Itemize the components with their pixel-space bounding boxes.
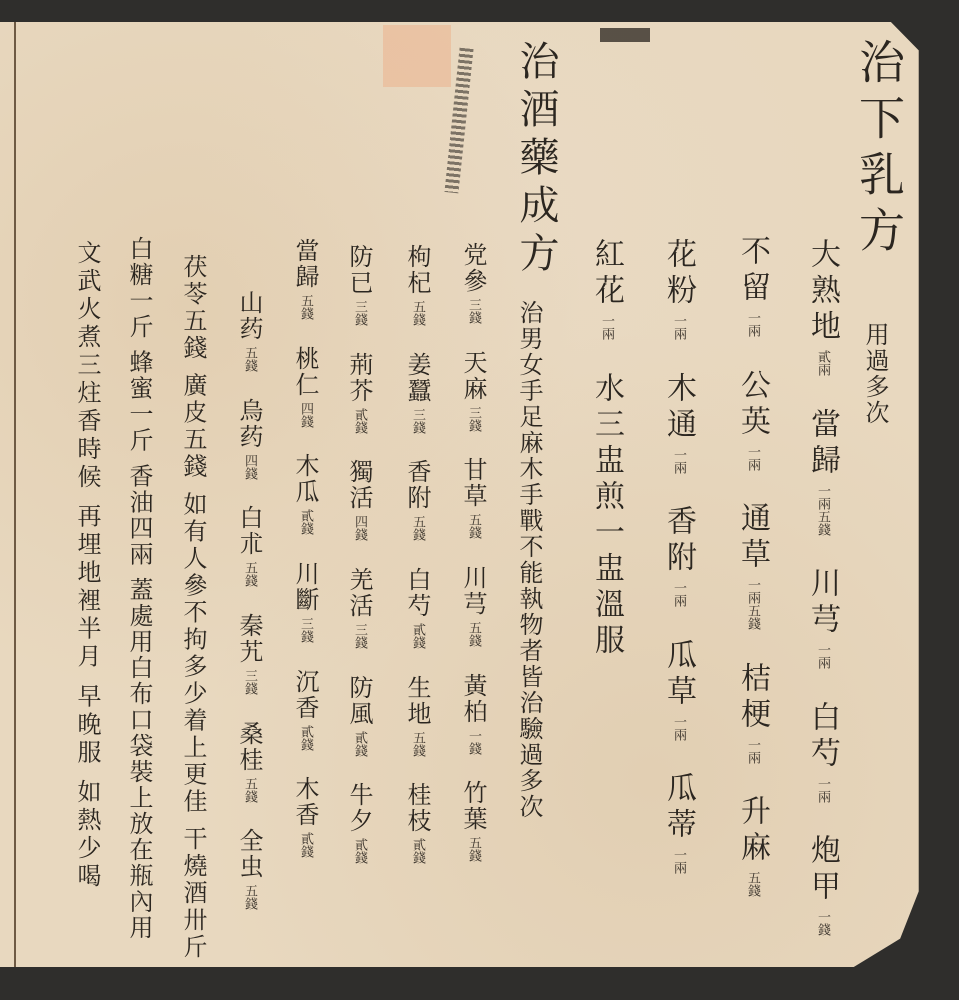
herb-item: 木通一兩 <box>656 372 700 478</box>
recipe1-column-3: 花粉一兩 木通一兩 香附一兩 瓜草一兩 瓜蒂一兩 <box>656 238 700 890</box>
herb-item: 沉香貳錢 <box>288 669 323 755</box>
herb-item: 防已三錢 <box>342 244 377 330</box>
recipe2-column-5: 山药五錢 烏药四錢 白朮五錢 秦艽三錢 桑桂五錢 全虫五錢 <box>232 290 267 926</box>
herb-item: 炮甲一錢 <box>800 834 844 940</box>
herb-item: 木香貳錢 <box>288 776 323 862</box>
recipe2-instruction-1: 茯苓五錢 廣皮五錢 如有人參不拘多少着上更佳 干燒酒卅斤 <box>176 254 211 961</box>
herb-item: 川芎一兩 <box>800 567 844 673</box>
herb-item: 竹葉五錢 <box>456 780 491 866</box>
herb-item: 通草一兩五錢 <box>730 502 774 634</box>
herb-item: 瓜蒂一兩 <box>656 772 700 878</box>
herb-item: 防風貳錢 <box>342 675 377 761</box>
herb-item: 桂枝貳錢 <box>400 782 435 868</box>
herb-item: 白芍一兩 <box>800 701 844 807</box>
preparation-instruction: 水三盅煎一盅溫服 <box>584 372 628 660</box>
recipe2-column-1: 党參三錢 天麻三錢 甘草五錢 川芎五錢 黃柏一錢 竹葉五錢 <box>456 242 491 878</box>
herb-item: 公英一兩 <box>730 369 774 475</box>
herb-item: 紅花一兩 <box>584 238 628 344</box>
recipe1-note: 用過多次 <box>858 322 893 426</box>
recipe2-column-2: 枸杞五錢 姜蠶三錢 香附五錢 白芍貳錢 生地五錢 桂枝貳錢 <box>400 244 435 880</box>
herb-item: 瓜草一兩 <box>656 639 700 745</box>
herb-item: 香附一兩 <box>656 505 700 611</box>
herb-item: 山药五錢 <box>232 290 267 376</box>
recipe1-title: 治下乳方 <box>846 38 912 262</box>
herb-item: 甘草五錢 <box>456 457 491 543</box>
herb-item: 黃柏一錢 <box>456 673 491 759</box>
herb-item: 牛夕貳錢 <box>342 782 377 868</box>
herb-item: 不留一兩 <box>730 235 774 341</box>
herb-item: 烏药四錢 <box>232 398 267 484</box>
binding-gutter <box>14 22 16 967</box>
recipe2-instruction-3: 文武火煮三炷香時候 再埋地裡半月 早晚服 如熱少喝 <box>70 240 105 891</box>
herb-item: 當歸一兩五錢 <box>800 408 844 540</box>
recipe2-column-4: 當歸五錢 桃仁四錢 木瓜貳錢 川斷三錢 沉香貳錢 木香貳錢 <box>288 238 323 874</box>
recipe1-column-2: 不留一兩 公英一兩 通草一兩五錢 桔梗一兩 升麻五錢 <box>730 235 774 913</box>
herb-item: 羌活三錢 <box>342 567 377 653</box>
ink-blot <box>600 28 650 42</box>
herb-item: 全虫五錢 <box>232 828 267 914</box>
herb-item: 白芍貳錢 <box>400 567 435 653</box>
herb-item: 大熟地貳兩 <box>800 238 844 380</box>
herb-item: 党參三錢 <box>456 242 491 328</box>
recipe2-instruction-2: 白糖一斤 蜂蜜一斤 香油四兩 蓋處用白布口袋裝上放在瓶內用 <box>122 236 157 941</box>
herb-item: 升麻五錢 <box>730 795 774 901</box>
herb-item: 川斷三錢 <box>288 561 323 647</box>
herb-item: 香附五錢 <box>400 459 435 545</box>
herb-item: 姜蠶三錢 <box>400 352 435 438</box>
herb-item: 桃仁四錢 <box>288 346 323 432</box>
herb-item: 生地五錢 <box>400 675 435 761</box>
herb-item: 桔梗一兩 <box>730 662 774 768</box>
recipe2-description: 治男女手足麻木手戰不能執物者皆治驗過多次 <box>512 300 547 820</box>
herb-item: 秦艽三錢 <box>232 613 267 699</box>
herb-item: 獨活四錢 <box>342 459 377 545</box>
herb-item: 荊芥貳錢 <box>342 352 377 438</box>
recipe2-title: 治酒藥成方 <box>508 40 565 280</box>
herb-item: 桑桂五錢 <box>232 721 267 807</box>
herb-item: 枸杞五錢 <box>400 244 435 330</box>
herb-item: 天麻三錢 <box>456 350 491 436</box>
herb-item: 花粉一兩 <box>656 238 700 344</box>
herb-item: 木瓜貳錢 <box>288 453 323 539</box>
herb-item: 川芎五錢 <box>456 565 491 651</box>
recipe1-column-1: 大熟地貳兩 當歸一兩五錢 川芎一兩 白芍一兩 炮甲一錢 <box>800 238 844 952</box>
herb-item: 白朮五錢 <box>232 505 267 591</box>
red-seal-stamp <box>383 25 451 87</box>
herb-item: 當歸五錢 <box>288 238 323 324</box>
recipe1-column-4: 紅花一兩 水三盅煎一盅溫服 <box>584 238 628 672</box>
recipe2-column-3: 防已三錢 荊芥貳錢 獨活四錢 羌活三錢 防風貳錢 牛夕貳錢 <box>342 244 377 880</box>
manuscript-page-spread: 治下乳方 用過多次 大熟地貳兩 當歸一兩五錢 川芎一兩 白芍一兩 炮甲一錢 不留… <box>0 0 959 1000</box>
